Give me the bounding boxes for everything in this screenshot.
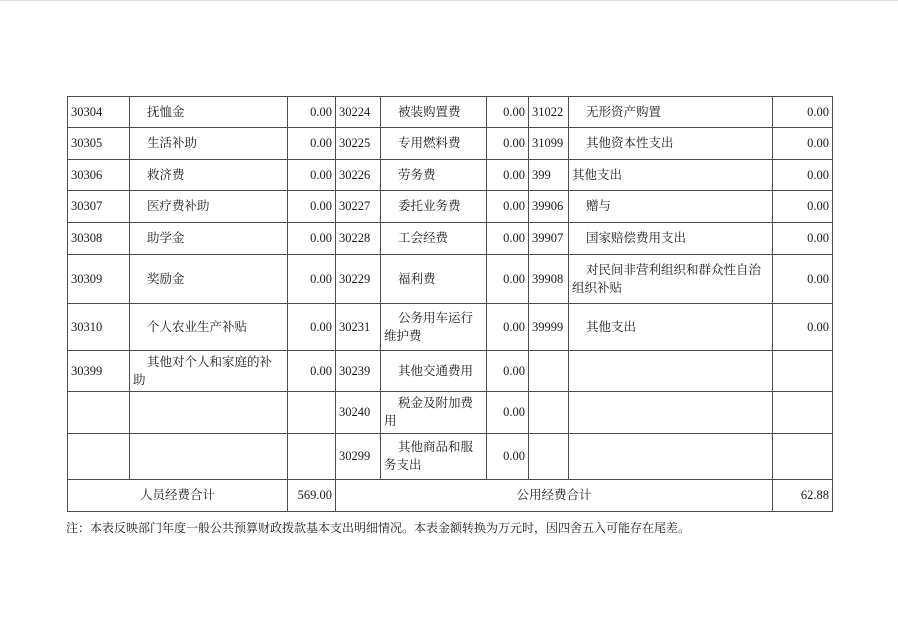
personnel-total-amount: 569.00 (288, 479, 336, 511)
amount-value (288, 433, 336, 479)
economic-class-code: 30224 (336, 97, 381, 128)
expense-item-name: 工会经费 (381, 223, 487, 255)
table-footnote: 注：本表反映部门年度一般公共预算财政拨款基本支出明细情况。本表金额转换为万元时，… (66, 521, 856, 537)
expense-item-name: 国家赔偿费用支出 (569, 223, 773, 255)
amount-value: 0.00 (288, 191, 336, 223)
expense-item-name: 生活补助 (130, 128, 288, 160)
economic-class-code (68, 392, 130, 433)
amount-value: 0.00 (288, 223, 336, 255)
economic-class-code: 30304 (68, 97, 130, 128)
expense-item-name (569, 392, 773, 433)
expense-item-name: 个人农业生产补贴 (130, 304, 288, 351)
expense-item-name: 税金及附加费用 (381, 392, 487, 433)
economic-class-code: 30229 (336, 255, 381, 304)
amount-value: 0.00 (487, 351, 529, 392)
expense-item-name: 专用燃料费 (381, 128, 487, 160)
amount-value (773, 351, 833, 392)
economic-class-code: 30225 (336, 128, 381, 160)
economic-class-code: 31022 (529, 97, 569, 128)
economic-class-code: 399 (529, 160, 569, 191)
table-row: 30240税金及附加费用0.00 (68, 392, 833, 433)
amount-value: 0.00 (288, 304, 336, 351)
expense-item-name: 公务用车运行维护费 (381, 304, 487, 351)
public-total-amount: 62.88 (773, 479, 833, 511)
economic-class-code: 39906 (529, 191, 569, 223)
economic-class-code (529, 351, 569, 392)
expense-item-name: 赠与 (569, 191, 773, 223)
economic-class-code: 31099 (529, 128, 569, 160)
amount-value: 0.00 (773, 255, 833, 304)
table-row: 30307医疗费补助0.0030227委托业务费0.0039906赠与0.00 (68, 191, 833, 223)
expense-item-name: 劳务费 (381, 160, 487, 191)
table-row: 30310个人农业生产补贴0.0030231公务用车运行维护费0.0039999… (68, 304, 833, 351)
expense-item-name: 福利费 (381, 255, 487, 304)
personnel-total-label: 人员经费合计 (68, 479, 288, 511)
expense-item-name: 其他商品和服务支出 (381, 433, 487, 479)
amount-value: 0.00 (487, 97, 529, 128)
economic-class-code: 30240 (336, 392, 381, 433)
expense-item-name: 其他资本性支出 (569, 128, 773, 160)
economic-class-code: 30228 (336, 223, 381, 255)
amount-value: 0.00 (487, 304, 529, 351)
table-row: 30306救济费0.0030226劳务费0.00399其他支出0.00 (68, 160, 833, 191)
economic-class-code: 30308 (68, 223, 130, 255)
page-top-edge (0, 0, 898, 1)
amount-value: 0.00 (773, 128, 833, 160)
expense-item-name (569, 351, 773, 392)
economic-class-code: 39999 (529, 304, 569, 351)
amount-value: 0.00 (487, 128, 529, 160)
expense-item-name: 对民间非营利组织和群众性自治组织补贴 (569, 255, 773, 304)
amount-value: 0.00 (487, 223, 529, 255)
table-row: 30309奖励金0.0030229福利费0.0039908对民间非营利组织和群众… (68, 255, 833, 304)
expense-item-name: 其他支出 (569, 304, 773, 351)
amount-value: 0.00 (773, 223, 833, 255)
economic-class-code: 30310 (68, 304, 130, 351)
amount-value: 0.00 (773, 304, 833, 351)
amount-value: 0.00 (773, 160, 833, 191)
table-row: 30305生活补助0.0030225专用燃料费0.0031099其他资本性支出0… (68, 128, 833, 160)
economic-class-code: 30305 (68, 128, 130, 160)
expense-item-name: 无形资产购置 (569, 97, 773, 128)
amount-value: 0.00 (487, 255, 529, 304)
economic-class-code: 30309 (68, 255, 130, 304)
public-total-label: 公用经费合计 (336, 479, 773, 511)
expense-item-name: 被装购置费 (381, 97, 487, 128)
expense-item-name: 委托业务费 (381, 191, 487, 223)
economic-class-code: 30399 (68, 351, 130, 392)
amount-value: 0.00 (288, 97, 336, 128)
amount-value: 0.00 (487, 433, 529, 479)
economic-class-code (68, 433, 130, 479)
amount-value: 0.00 (288, 128, 336, 160)
economic-class-code: 39908 (529, 255, 569, 304)
expense-item-name: 其他支出 (569, 160, 773, 191)
amount-value (773, 392, 833, 433)
table-row: 30299其他商品和服务支出0.00 (68, 433, 833, 479)
expense-item-name: 救济费 (130, 160, 288, 191)
expense-item-name: 其他对个人和家庭的补助 (130, 351, 288, 392)
amount-value: 0.00 (487, 392, 529, 433)
amount-value: 0.00 (773, 97, 833, 128)
amount-value: 0.00 (487, 191, 529, 223)
economic-class-code: 39907 (529, 223, 569, 255)
table-row: 30308助学金0.0030228工会经费0.0039907国家赔偿费用支出0.… (68, 223, 833, 255)
expense-item-name (130, 392, 288, 433)
economic-class-code (529, 392, 569, 433)
amount-value: 0.00 (288, 351, 336, 392)
amount-value: 0.00 (773, 191, 833, 223)
amount-value: 0.00 (288, 160, 336, 191)
table-row: 30304抚恤金0.0030224被装购置费0.0031022无形资产购置0.0… (68, 97, 833, 128)
totals-row: 人员经费合计569.00公用经费合计62.88 (68, 479, 833, 511)
economic-class-code: 30239 (336, 351, 381, 392)
economic-class-code: 30307 (68, 191, 130, 223)
economic-class-code: 30231 (336, 304, 381, 351)
economic-class-code: 30306 (68, 160, 130, 191)
expense-item-name: 助学金 (130, 223, 288, 255)
economic-class-code: 30227 (336, 191, 381, 223)
amount-value: 0.00 (487, 160, 529, 191)
basic-expenditure-detail-table: 30304抚恤金0.0030224被装购置费0.0031022无形资产购置0.0… (67, 96, 833, 512)
expense-item-name: 医疗费补助 (130, 191, 288, 223)
amount-value (288, 392, 336, 433)
expense-item-name (130, 433, 288, 479)
expense-item-name (569, 433, 773, 479)
expense-item-name: 其他交通费用 (381, 351, 487, 392)
table-row: 30399其他对个人和家庭的补助0.0030239其他交通费用0.00 (68, 351, 833, 392)
expense-item-name: 奖励金 (130, 255, 288, 304)
amount-value: 0.00 (288, 255, 336, 304)
economic-class-code: 30299 (336, 433, 381, 479)
economic-class-code: 30226 (336, 160, 381, 191)
amount-value (773, 433, 833, 479)
economic-class-code (529, 433, 569, 479)
expense-item-name: 抚恤金 (130, 97, 288, 128)
